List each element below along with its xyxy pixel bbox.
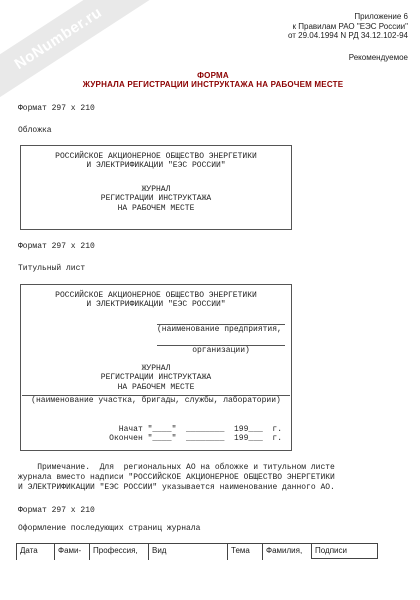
cover-box: РОССИЙСКОЕ АКЦИОНЕРНОЕ ОБЩЕСТВО ЭНЕРГЕТИ…: [20, 145, 292, 230]
titlepage-journal-line-3: НА РАБОЧЕМ МЕСТЕ: [21, 383, 291, 393]
cover-journal-line-3: НА РАБОЧЕМ МЕСТЕ: [21, 204, 291, 214]
section-label-titlepage: Титульный лист: [18, 264, 408, 273]
header-date-number: от 29.04.1994 N РД 34.12.102-94: [18, 31, 408, 41]
titlepage-journal-title: ЖУРНАЛ РЕГИСТРАЦИИ ИНСТРУКТАЖА НА РАБОЧЕ…: [21, 364, 291, 393]
titlepage-box: РОССИЙСКОЕ АКЦИОНЕРНОЕ ОБЩЕСТВО ЭНЕРГЕТИ…: [20, 284, 292, 451]
document-header: Приложение 6 к Правилам РАО "ЕЭС России"…: [18, 12, 408, 41]
note-line-1: Примечание. Для региональных АО на облож…: [18, 463, 408, 473]
header-rules-ref: к Правилам РАО "ЕЭС России": [18, 22, 408, 32]
titlepage-journal-line-2: РЕГИСТРАЦИИ ИНСТРУКТАЖА: [21, 373, 291, 383]
table-column-header: Фами-: [54, 543, 89, 560]
note-line-3: И ЭЛЕКТРИФИКАЦИИ "ЕЭС РОССИИ" указываетс…: [18, 483, 408, 493]
pages-caption: Оформление последующих страниц журнала: [18, 524, 408, 533]
titlepage-journal-line-1: ЖУРНАЛ: [21, 364, 291, 374]
enterprise-caption-2: организации): [157, 346, 285, 356]
titlepage-org-line-2: И ЭЛЕКТРИФИКАЦИИ "ЕЭС РОССИИ": [21, 300, 291, 310]
document-page: NoNumber.ru Приложение 6 к Правилам РАО …: [0, 0, 420, 600]
header-appendix: Приложение 6: [18, 12, 408, 22]
note-line-2: журнала вместо надписи "РОССИЙСКОЕ АКЦИО…: [18, 473, 408, 483]
cover-journal-title: ЖУРНАЛ РЕГИСТРАЦИИ ИНСТРУКТАЖА НА РАБОЧЕ…: [21, 185, 291, 214]
dates-block: Начат "____" ________ 199___ г. Окончен …: [21, 425, 291, 444]
table-column-header: Фамилия,: [262, 543, 311, 560]
table-column-header: Вид: [148, 543, 227, 560]
cover-journal-line-1: ЖУРНАЛ: [21, 185, 291, 195]
table-column-header: Подписи: [311, 543, 378, 559]
started-line: Начат "____" ________ 199___ г.: [21, 425, 282, 435]
format-label-titlepage: Формат 297 х 210: [18, 242, 408, 251]
format-label-pages: Формат 297 х 210: [18, 506, 408, 515]
pages-table-header-row: ДатаФами-Профессия,ВидТемаФамилия,Подпис…: [16, 543, 408, 560]
cover-org-name: РОССИЙСКОЕ АКЦИОНЕРНОЕ ОБЩЕСТВО ЭНЕРГЕТИ…: [21, 152, 291, 171]
unit-caption: (наименование участка, бригады, службы, …: [21, 396, 291, 406]
document-title: ФОРМА ЖУРНАЛА РЕГИСТРАЦИИ ИНСТРУКТАЖА НА…: [18, 71, 408, 90]
title-line-2: ЖУРНАЛА РЕГИСТРАЦИИ ИНСТРУКТАЖА НА РАБОЧ…: [18, 80, 408, 90]
format-label-cover: Формат 297 х 210: [18, 104, 408, 113]
document-content: Приложение 6 к Правилам РАО "ЕЭС России"…: [0, 0, 420, 560]
title-line-1: ФОРМА: [18, 71, 408, 81]
enterprise-caption-1: (наименование предприятия,: [157, 325, 285, 335]
section-label-cover: Обложка: [18, 126, 408, 135]
cover-org-line-1: РОССИЙСКОЕ АКЦИОНЕРНОЕ ОБЩЕСТВО ЭНЕРГЕТИ…: [21, 152, 291, 162]
table-column-header: Профессия,: [89, 543, 148, 560]
titlepage-org-line-1: РОССИЙСКОЕ АКЦИОНЕРНОЕ ОБЩЕСТВО ЭНЕРГЕТИ…: [21, 291, 291, 301]
finished-line: Окончен "____" ________ 199___ г.: [21, 434, 282, 444]
spacer: [157, 334, 285, 345]
enterprise-name-field: (наименование предприятия, организации): [157, 324, 285, 356]
table-column-header: Дата: [16, 543, 54, 560]
table-column-header: Тема: [227, 543, 262, 560]
cover-org-line-2: И ЭЛЕКТРИФИКАЦИИ "ЕЭС РОССИИ": [21, 161, 291, 171]
cover-journal-line-2: РЕГИСТРАЦИИ ИНСТРУКТАЖА: [21, 194, 291, 204]
titlepage-org-name: РОССИЙСКОЕ АКЦИОНЕРНОЕ ОБЩЕСТВО ЭНЕРГЕТИ…: [21, 291, 291, 310]
note-block: Примечание. Для региональных АО на облож…: [18, 463, 408, 493]
recommended-label: Рекомендуемое: [18, 53, 408, 62]
